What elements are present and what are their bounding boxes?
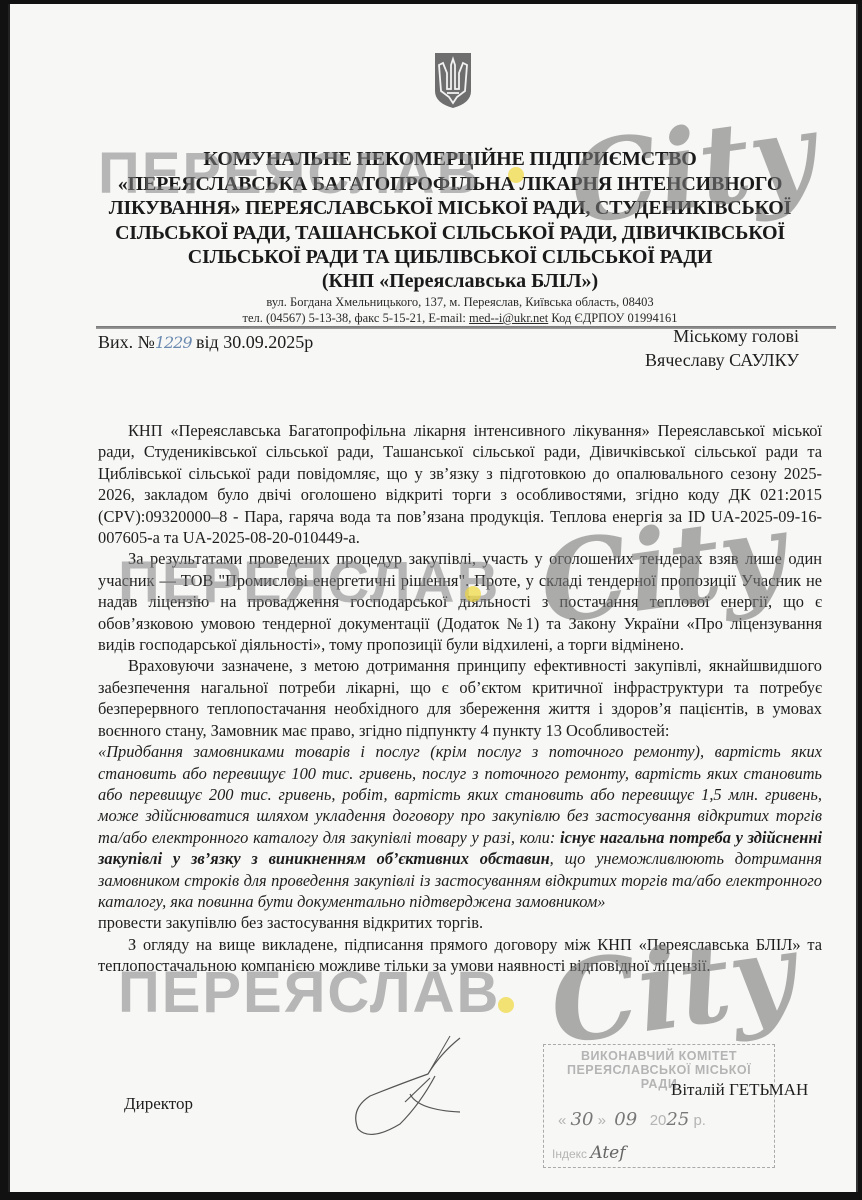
org-title-line: СІЛЬСЬКОЇ РАДИ, ТАШАНСЬКОЇ СІЛЬСЬКОЇ РАД…: [100, 221, 800, 246]
organization-address-block: вул. Богдана Хмельницького, 137, м. Пере…: [100, 294, 820, 326]
stamp-line: ПЕРЕЯСЛАВСЬКОЇ МІСЬКОЇ: [544, 1063, 774, 1077]
edrpou-code: Код ЄДРПОУ 01994161: [548, 311, 677, 325]
signatory-name: Віталій ГЕТЬМАН: [671, 1080, 808, 1100]
stamp-year-mark: р.: [693, 1112, 706, 1129]
email-link[interactable]: med--i@ukr.net: [469, 311, 548, 325]
body-paragraph: За результатами проведених процедур заку…: [98, 548, 822, 655]
body-paragraph: провести закупівлю без застосування відк…: [98, 912, 822, 933]
stamp-day: 30: [571, 1109, 594, 1130]
legal-quote: «Придбання замовниками товарів і послуг …: [98, 741, 822, 912]
registration-stamp: ВИКОНАВЧИЙ КОМІТЕТ ПЕРЕЯСЛАВСЬКОЇ МІСЬКО…: [543, 1044, 775, 1168]
stamp-year-suffix: 25: [666, 1109, 689, 1130]
addressee-title: Міському голові: [645, 324, 799, 348]
contacts-phones: тел. (04567) 5-13-38, факс 5-15-21, E-ma…: [242, 311, 469, 325]
organization-short-name: (КНП «Переяславська БЛІЛ»): [100, 270, 820, 293]
trident-coat-of-arms-icon: [433, 51, 473, 109]
stamp-index-value: Atef: [590, 1143, 625, 1163]
body-paragraph: Враховуючи зазначене, з метою дотримання…: [98, 655, 822, 741]
address-line: вул. Богдана Хмельницького, 137, м. Пере…: [100, 294, 820, 310]
letter-body: КНП «Переяславська Багатопрофільна лікар…: [98, 420, 822, 977]
org-title-line: КОМУНАЛЬНЕ НЕКОМЕРЦІЙНЕ ПІДПРИЄМСТВО: [100, 147, 800, 172]
watermark-dot: [465, 586, 481, 602]
organization-title: КОМУНАЛЬНЕ НЕКОМЕРЦІЙНЕ ПІДПРИЄМСТВО «ПЕ…: [100, 147, 800, 270]
org-title-line: «ПЕРЕЯСЛАВСЬКА БАГАТОПРОФІЛЬНА ЛІКАРНЯ І…: [100, 172, 800, 197]
body-paragraph: З огляду на вище викладене, підписання п…: [98, 934, 822, 977]
addressee-block: Міському голові Вячеславу САУЛКУ: [645, 324, 799, 372]
body-paragraph: КНП «Переяславська Багатопрофільна лікар…: [98, 420, 822, 548]
outgoing-number-handwritten: 1229: [155, 333, 192, 352]
handwritten-signature: [310, 1034, 470, 1144]
stamp-year-prefix: 20: [650, 1112, 667, 1129]
outgoing-prefix: Вих. №: [98, 332, 155, 352]
stamp-date: « 30 » 09 2025 р.: [558, 1109, 706, 1130]
org-title-line: СІЛЬСЬКОЇ РАДИ ТА ЦИБЛІВСЬКОЇ СІЛЬСЬКОЇ …: [100, 245, 800, 270]
watermark-dot: [508, 167, 524, 183]
stamp-month: 09: [614, 1109, 637, 1130]
outgoing-date: від 30.09.2025р: [192, 332, 314, 352]
signatory-position: Директор: [124, 1094, 193, 1114]
org-title-line: ЛІКУВАННЯ» ПЕРЕЯСЛАВСЬКОЇ МІСЬКОЇ РАДИ, …: [100, 196, 800, 221]
watermark-dot: [498, 997, 514, 1013]
stamp-index-label: Індекс: [552, 1147, 587, 1161]
stamp-line: ВИКОНАВЧИЙ КОМІТЕТ: [544, 1049, 774, 1063]
addressee-name: Вячеславу САУЛКУ: [645, 348, 799, 372]
document-page: КОМУНАЛЬНЕ НЕКОМЕРЦІЙНЕ ПІДПРИЄМСТВО «ПЕ…: [8, 4, 858, 1192]
stamp-index: Індекс Atef: [552, 1143, 626, 1163]
outgoing-number: Вих. №1229 від 30.09.2025р: [98, 332, 313, 353]
